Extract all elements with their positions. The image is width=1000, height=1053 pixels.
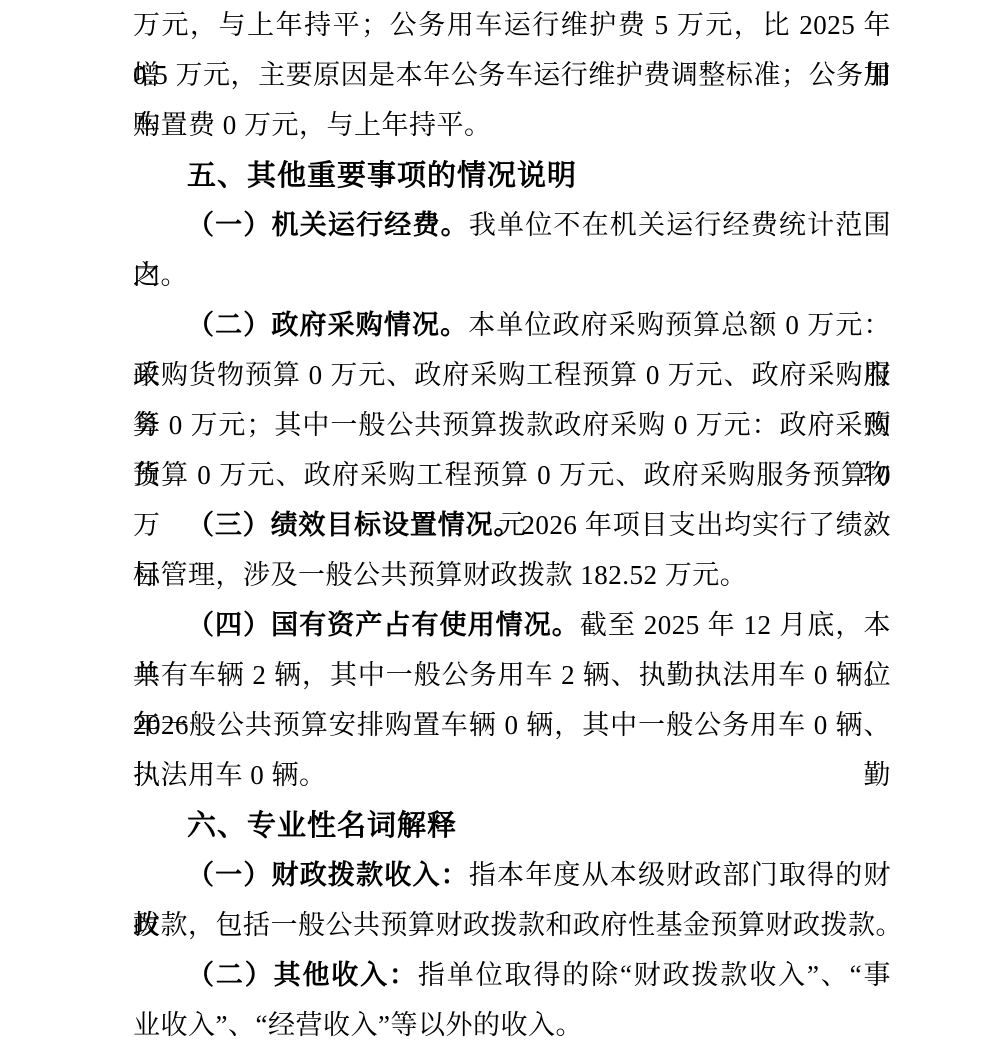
- text-line: 拨款，包括一般公共预算财政拨款和政府性基金预算财政拨款。: [133, 900, 891, 950]
- paragraph-lead: （四）国有资产占有使用情况。: [187, 610, 580, 640]
- paragraph-text: 执法用车 0 辆。: [133, 760, 327, 790]
- text-line: 共有车辆 2 辆，其中一般公务用车 2 辆、执勤执法用车 0 辆。2026: [133, 650, 891, 700]
- text-line: 内。: [133, 250, 891, 300]
- paragraph-lead: 六、专业性名词解释: [187, 808, 457, 842]
- document-body: 万元，与上年持平；公务用车运行维护费 5 万元，比 2025 年增加0.5 万元…: [0, 0, 1000, 1050]
- paragraph-lead: （三）绩效目标设置情况。: [187, 510, 521, 540]
- paragraph-text: 内。: [133, 260, 188, 290]
- paragraph-lead: （二）其他收入：: [187, 960, 418, 990]
- paragraph-text: 标管理，涉及一般公共预算财政拨款 182.52 万元。: [133, 560, 747, 590]
- text-line: （二）政府采购情况。本单位政府采购预算总额 0 万元：政府: [133, 300, 891, 350]
- text-line: （一）机关运行经费。我单位不在机关运行经费统计范围之: [133, 200, 891, 250]
- text-line: 年一般公共预算安排购置车辆 0 辆，其中一般公务用车 0 辆、执勤: [133, 700, 891, 750]
- section-heading: 五、其他重要事项的情况说明: [133, 150, 891, 200]
- paragraph-text: 指单位取得的除“财政拨款收入”、“事: [418, 960, 891, 990]
- text-line: 购置费 0 万元，与上年持平。: [133, 100, 891, 150]
- paragraph-text: 购置费 0 万元，与上年持平。: [133, 110, 492, 140]
- paragraph-text: 拨款，包括一般公共预算财政拨款和政府性基金预算财政拨款。: [133, 910, 903, 940]
- paragraph-lead: （一）财政拨款收入：: [187, 860, 469, 890]
- paragraph-lead: （一）机关运行经费。: [187, 210, 469, 240]
- text-line: （四）国有资产占有使用情况。截至 2025 年 12 月底，本单位: [133, 600, 891, 650]
- text-line: 算 0 万元；其中一般公共预算拨款政府采购 0 万元：政府采购货物: [133, 400, 891, 450]
- document-page: 万元，与上年持平；公务用车运行维护费 5 万元，比 2025 年增加0.5 万元…: [0, 0, 1000, 1053]
- text-line: 业收入”、“经营收入”等以外的收入。: [133, 1000, 891, 1050]
- paragraph-text: 业收入”、“经营收入”等以外的收入。: [133, 1010, 583, 1040]
- text-line: 标管理，涉及一般公共预算财政拨款 182.52 万元。: [133, 550, 891, 600]
- section-heading: 六、专业性名词解释: [133, 800, 891, 850]
- text-line: 0.5 万元，主要原因是本年公务车运行维护费调整标准；公务用车: [133, 50, 891, 100]
- text-line: （三）绩效目标设置情况。2026 年项目支出均实行了绩效目: [133, 500, 891, 550]
- paragraph-lead: （二）政府采购情况。: [187, 310, 468, 340]
- text-line: （二）其他收入：指单位取得的除“财政拨款收入”、“事: [133, 950, 891, 1000]
- text-line: 采购货物预算 0 万元、政府采购工程预算 0 万元、政府采购服务预: [133, 350, 891, 400]
- text-line: 万元，与上年持平；公务用车运行维护费 5 万元，比 2025 年增加: [133, 0, 891, 50]
- text-line: （一）财政拨款收入：指本年度从本级财政部门取得的财政: [133, 850, 891, 900]
- text-line: 预算 0 万元、政府采购工程预算 0 万元、政府采购服务预算 0 万元。: [133, 450, 891, 500]
- paragraph-lead: 五、其他重要事项的情况说明: [187, 158, 577, 192]
